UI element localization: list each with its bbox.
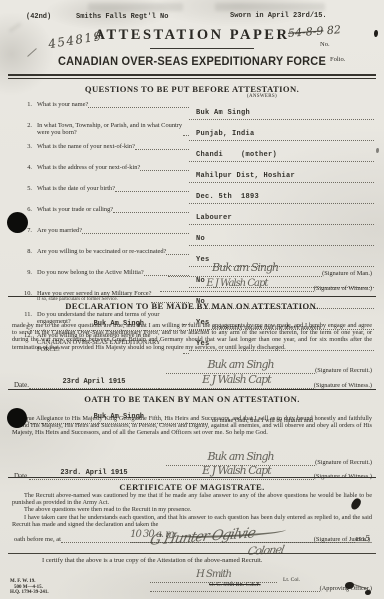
question-number: 1. (16, 101, 37, 108)
question-number: 2. (16, 122, 37, 129)
question-text: What is the name of your next-of-kin? (37, 143, 135, 150)
witness-signature-handwritten: E J Walsh Capt (202, 464, 271, 477)
question-text: Do you now belong to the Active Militia? (37, 269, 144, 276)
certificate-paragraph-2: The above questions were then read to th… (12, 506, 372, 513)
answer-line: Dec. 5th 1893 (189, 185, 374, 204)
dotted-leader (115, 185, 189, 192)
witness-signature-row: E J Walsh Capt (Signature of Witness.) (160, 273, 372, 292)
certificate-paragraph-1: The Recruit above-named was cautioned by… (12, 492, 372, 506)
hole-punch (7, 212, 28, 233)
ghost-stamp (88, 3, 183, 11)
witness-signature-label: (Signature of Witness.) (314, 285, 372, 292)
unit-note: (42nd) (26, 13, 51, 21)
answer-line: Buk Am Singh (189, 101, 374, 120)
dotted-leader (166, 248, 189, 255)
question-row-6: 6. What is your trade or calling? Labour… (16, 206, 374, 225)
sworn-line: Sworn in April 23rd/15. (230, 12, 327, 20)
question-number: 4. (16, 164, 37, 171)
question-number: 3. (16, 143, 37, 150)
question-row-1: 1. What is your name? Buk Am Singh (16, 101, 374, 120)
witness-signature-label: (Signature of Witness.) (314, 382, 372, 389)
question-row-7: 7. Are you married? No (16, 227, 374, 246)
dotted-leader (113, 206, 189, 213)
answer-line: Labourer (189, 206, 374, 225)
approver-unit-row: O. C. 59th Bn. C.E.F. (Approving Officer… (150, 573, 372, 592)
answer-line: Chandi (mother) (189, 143, 374, 162)
no-label: No. (320, 41, 330, 48)
section-rule (8, 389, 376, 390)
justice-title-handwritten: Colonel (247, 543, 285, 558)
crossed-number-strike: 54-8-9 (288, 24, 324, 39)
answers-label: (ANSWERS) (247, 94, 277, 99)
ink-blot (365, 590, 371, 595)
title-underline (150, 48, 254, 49)
section-rule (8, 477, 376, 478)
place-lead: oath before me, at (14, 536, 61, 543)
oath-heading: OATH TO BE TAKEN BY MAN ON ATTESTATION. (0, 394, 384, 404)
section-rule (8, 296, 376, 297)
answer-text: No (196, 235, 205, 243)
ink-speck (376, 148, 379, 153)
divider-line (8, 553, 376, 554)
date-label: Date. (14, 472, 29, 480)
dotted-leader (88, 101, 189, 108)
attestation-paper-scan: (42nd) Smiths Falls Regt'l No Sworn in A… (0, 0, 384, 599)
oath-body: bear true Allegiance to His Majesty King… (12, 415, 372, 437)
declaration-date-row: Date. 23rd April 1915 E J Walsh Capt (Si… (14, 370, 372, 389)
dotted-leader (140, 164, 189, 171)
question-text: Are you willing to be vaccinated or re-v… (37, 248, 166, 255)
question-row-3: 3. What is the name of your next-of-kin?… (16, 143, 374, 162)
ghost-stamp (215, 3, 325, 11)
hole-punch (7, 408, 27, 428)
question-text: What is the address of your next-of-kin? (37, 164, 140, 171)
dotted-leader (82, 227, 189, 234)
questions-heading: QUESTIONS TO BE PUT BEFORE ATTESTATION. (0, 84, 384, 94)
certificate-heading: CERTIFICATE OF MAGISTRATE. (0, 482, 384, 492)
answer-line: Mahilpur Dist, Hoshiar (189, 164, 374, 183)
question-row-5: 5. What is the date of your birth? Dec. … (16, 185, 374, 204)
question-text: Are you married? (37, 227, 82, 234)
answer-text: Mahilpur Dist, Hoshiar (196, 172, 295, 180)
question-number: 9. (16, 269, 37, 276)
depot-line: Smiths Falls Regt'l No (76, 13, 168, 21)
form-number-line: H.Q. 1794-39-241. (10, 590, 49, 596)
witness-signature-handwritten: E J Walsh Capt (206, 278, 267, 289)
answer-text: Labourer (196, 214, 232, 222)
certify-statement: I certify that the above is a true copy … (42, 557, 262, 564)
date-label: Date. (14, 381, 29, 389)
declaration-heading: DECLARATION TO BE MADE BY MAN ON ATTESTA… (0, 301, 384, 311)
force-title: CANADIAN OVER-SEAS EXPEDITIONARY FORCE (0, 56, 384, 69)
answer-text: Punjab, India (196, 130, 255, 138)
answer-text: Chandi (mother) (196, 151, 277, 159)
question-text: In what Town, Township, or Parish, and i… (37, 122, 183, 136)
date-typed: 23rd. April 1915 (60, 469, 127, 477)
witness-signature-handwritten: E J Walsh Capt (202, 373, 271, 386)
answer-line: Punjab, India (189, 122, 374, 141)
date-line: 23rd April 1915 (29, 370, 159, 389)
question-row-4: 4. What is the address of your next-of-k… (16, 164, 374, 183)
question-number: 8. (16, 248, 37, 255)
question-row-2: 2. In what Town, Township, or Parish, an… (16, 122, 374, 141)
answer-line: No (189, 227, 374, 246)
question-text: What is your name? (37, 101, 88, 108)
number-after-handwritten: 82 (326, 23, 341, 37)
form-number-block: M. F. W. 19. 500 M—4-15. H.Q. 1794-39-24… (10, 579, 49, 596)
answer-text: Dec. 5th 1893 (196, 193, 259, 201)
dotted-leader (135, 143, 189, 150)
question-text: What is the date of your birth? (37, 185, 115, 192)
approver-unit: O. C. 59th Bn. C.E.F. (209, 582, 261, 588)
header-double-rule (8, 74, 376, 79)
answer-text: Buk Am Singh (196, 109, 250, 117)
question-text: What is your trade or calling? (37, 206, 113, 213)
declaration-body: made by me to the above questions are tr… (12, 322, 372, 351)
justice-signature-label: (Signature of Justice.) (314, 536, 370, 543)
question-number: 5. (16, 185, 37, 192)
date-typed: 23rd April 1915 (62, 378, 125, 386)
